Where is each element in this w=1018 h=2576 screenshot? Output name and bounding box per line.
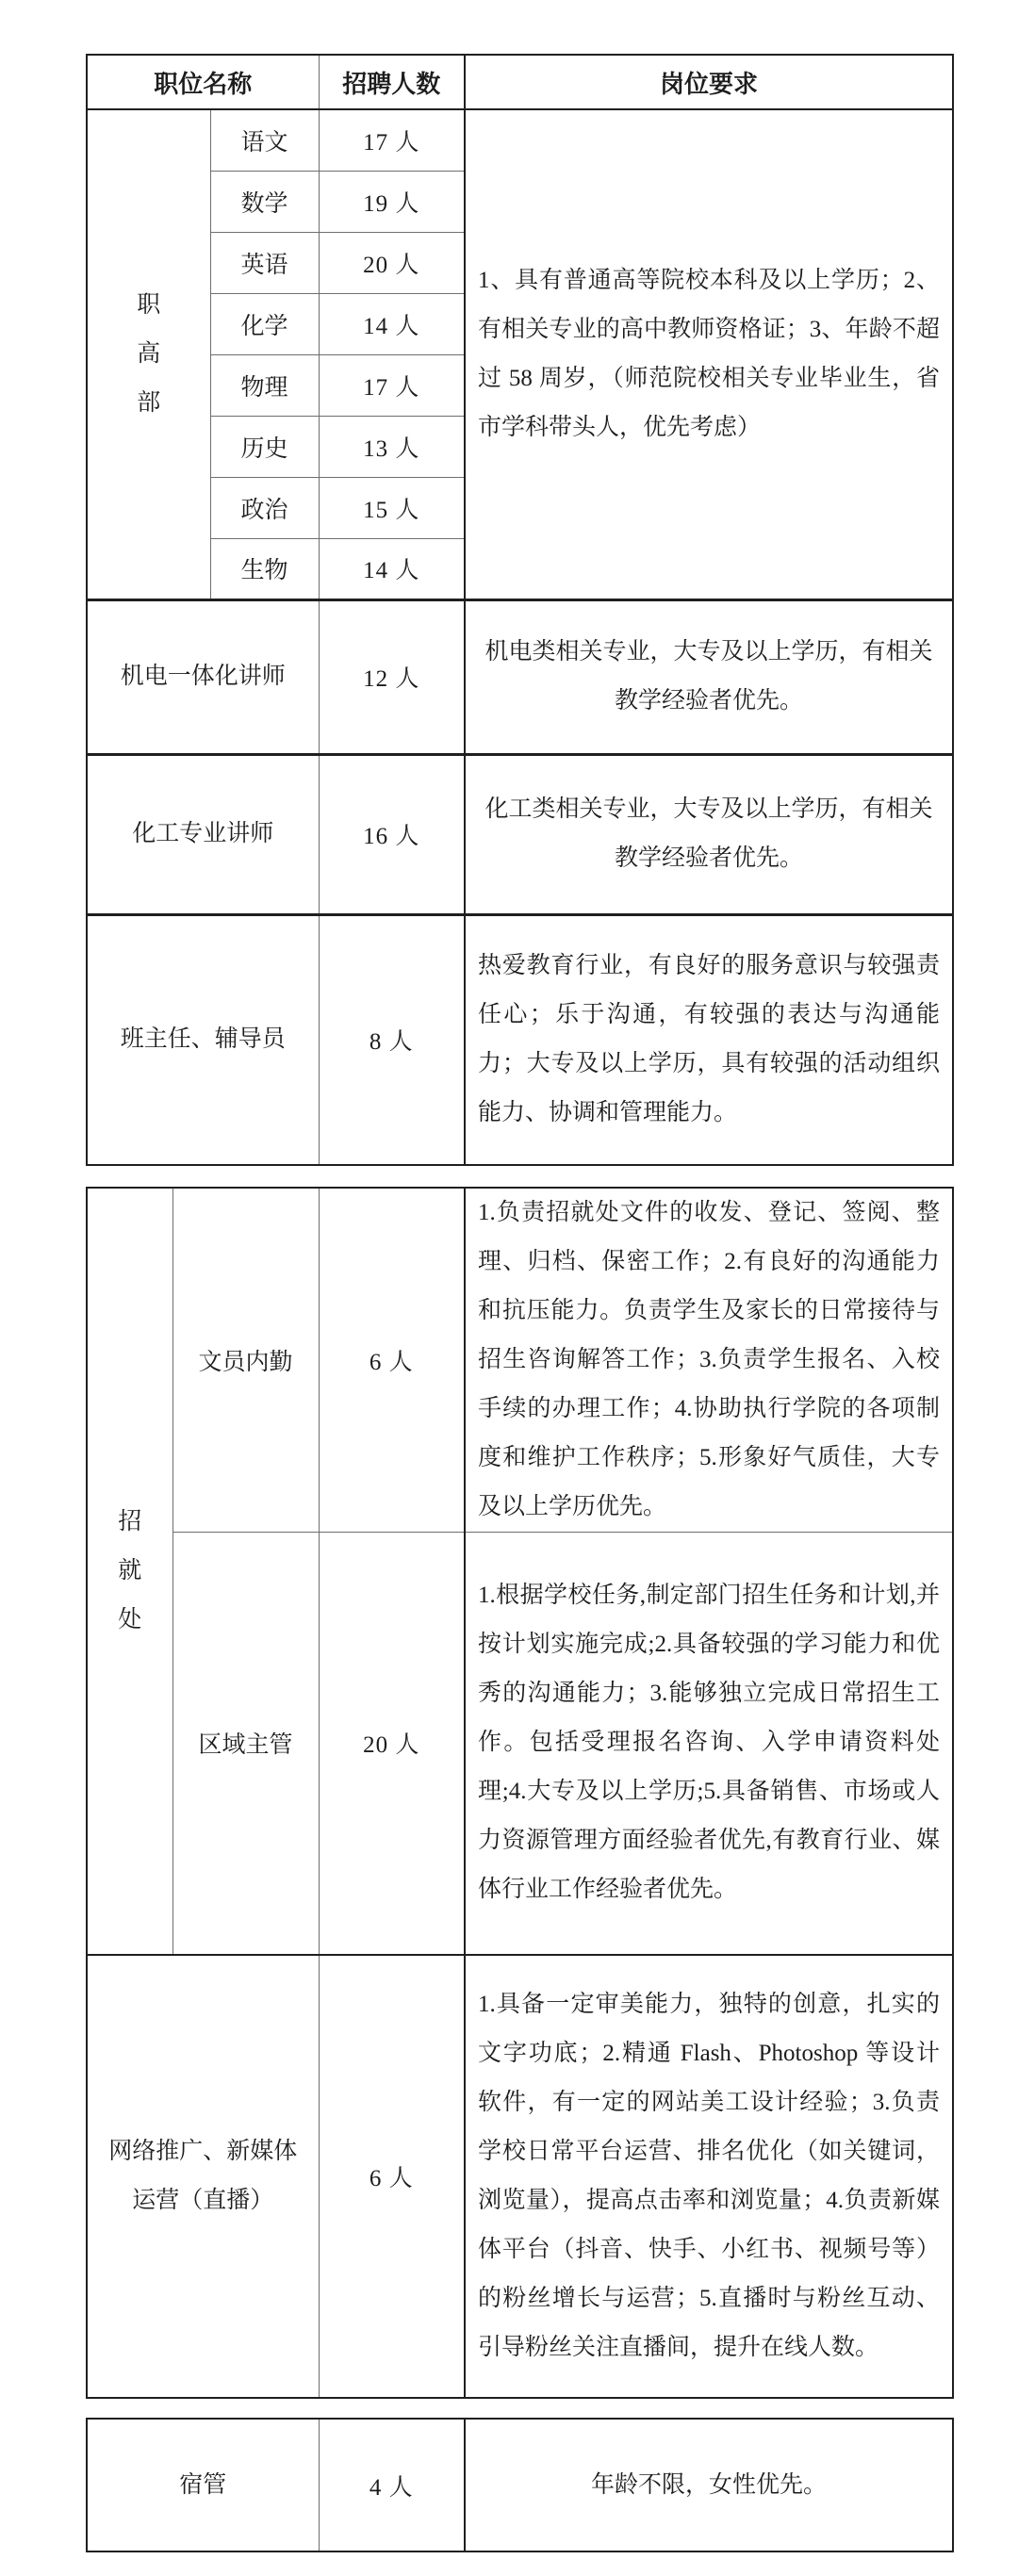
recruit-count: 17 人 <box>319 109 465 171</box>
row-wenyuan-neiqin: 招 就 处 文员内勤 6 人 1.负责招就处文件的收发、登记、签阅、整理、归档、… <box>87 1188 953 1533</box>
recruit-count: 8 人 <box>319 914 465 1165</box>
row-wangluo-tuiguang: 网络推广、新媒体运营（直播） 6 人 1.具备一定审美能力，独特的创意，扎实的文… <box>87 1955 953 2398</box>
subject-name: 语文 <box>210 109 319 171</box>
position-name: 班主任、辅导员 <box>87 914 319 1165</box>
recruit-count: 6 人 <box>319 1188 465 1533</box>
row-banzhuren-counselor: 班主任、辅导员 8 人 热爱教育行业，有良好的服务意识与较强责任心；乐于沟通，有… <box>87 914 953 1165</box>
requirements-cell: 机电类相关专业，大专及以上学历，有相关教学经验者优先。 <box>465 599 953 754</box>
requirements-cell: 热爱教育行业，有良好的服务意识与较强责任心；乐于沟通，有较强的表达与沟通能力；大… <box>465 914 953 1165</box>
header-job-requirements: 岗位要求 <box>465 55 953 109</box>
requirements-cell: 1.具备一定审美能力，独特的创意，扎实的文字功底；2.精通 Flash、Phot… <box>465 1955 953 2398</box>
position-name: 文员内勤 <box>172 1188 319 1533</box>
recruit-count: 15 人 <box>319 477 465 538</box>
position-name: 机电一体化讲师 <box>87 599 319 754</box>
recruit-count: 17 人 <box>319 354 465 416</box>
subject-name: 历史 <box>210 416 319 477</box>
requirements-cell: 化工类相关专业，大专及以上学历，有相关教学经验者优先。 <box>465 754 953 914</box>
position-name: 化工专业讲师 <box>87 754 319 914</box>
group-char: 就 <box>88 1547 172 1596</box>
subject-name: 物理 <box>210 354 319 416</box>
row-huagong-lecturer: 化工专业讲师 16 人 化工类相关专业，大专及以上学历，有相关教学经验者优先。 <box>87 754 953 914</box>
position-name: 网络推广、新媒体运营（直播） <box>87 1955 319 2398</box>
recruitment-table-admissions: 招 就 处 文员内勤 6 人 1.负责招就处文件的收发、登记、签阅、整理、归档、… <box>86 1187 954 2399</box>
requirements-cell: 年龄不限，女性优先。 <box>465 2419 953 2551</box>
group-char: 部 <box>88 379 210 428</box>
subject-name: 政治 <box>210 477 319 538</box>
row-jidian-lecturer: 机电一体化讲师 12 人 机电类相关专业，大专及以上学历，有相关教学经验者优先。 <box>87 599 953 754</box>
recruit-count: 20 人 <box>319 232 465 293</box>
requirements-cell: 1.根据学校任务,制定部门招生任务和计划,并按计划实施完成;2.具备较强的学习能… <box>465 1533 953 1955</box>
group-label-zhaojiuchu: 招 就 处 <box>87 1188 172 1955</box>
recruitment-document-page: 职位名称 招聘人数 岗位要求 职 高 部 语文 17 人 1、具有普通高等院校本… <box>0 0 1018 2576</box>
position-name: 区域主管 <box>172 1533 319 1955</box>
subject-name: 数学 <box>210 171 319 232</box>
recruit-count: 4 人 <box>319 2419 465 2551</box>
recruitment-table-dorm: 宿管 4 人 年龄不限，女性优先。 <box>86 2418 954 2552</box>
group-char: 处 <box>88 1596 172 1645</box>
position-name: 宿管 <box>87 2419 319 2551</box>
recruit-count: 14 人 <box>319 293 465 354</box>
recruit-count: 12 人 <box>319 599 465 754</box>
header-position-name: 职位名称 <box>87 55 319 109</box>
requirements-cell: 1.负责招就处文件的收发、登记、签阅、整理、归档、保密工作；2.有良好的沟通能力… <box>465 1188 953 1533</box>
subject-row-yuwen: 职 高 部 语文 17 人 1、具有普通高等院校本科及以上学历；2、有相关专业的… <box>87 109 953 171</box>
row-quyu-zhuguan: 区域主管 20 人 1.根据学校任务,制定部门招生任务和计划,并按计划实施完成;… <box>87 1533 953 1955</box>
header-recruit-count: 招聘人数 <box>319 55 465 109</box>
group-char: 职 <box>88 281 210 330</box>
group-label-zhigaobu: 职 高 部 <box>87 109 210 599</box>
recruit-count: 13 人 <box>319 416 465 477</box>
recruitment-table-teachers: 职位名称 招聘人数 岗位要求 职 高 部 语文 17 人 1、具有普通高等院校本… <box>86 54 954 1166</box>
row-suguan: 宿管 4 人 年龄不限，女性优先。 <box>87 2419 953 2551</box>
group-char: 招 <box>88 1498 172 1547</box>
table-header-row: 职位名称 招聘人数 岗位要求 <box>87 55 953 109</box>
teacher-requirements-cell: 1、具有普通高等院校本科及以上学历；2、有相关专业的高中教师资格证；3、年龄不超… <box>465 109 953 599</box>
subject-name: 生物 <box>210 538 319 599</box>
recruit-count: 16 人 <box>319 754 465 914</box>
recruit-count: 20 人 <box>319 1533 465 1955</box>
recruit-count: 19 人 <box>319 171 465 232</box>
recruit-count: 6 人 <box>319 1955 465 2398</box>
recruit-count: 14 人 <box>319 538 465 599</box>
subject-name: 英语 <box>210 232 319 293</box>
subject-name: 化学 <box>210 293 319 354</box>
group-char: 高 <box>88 330 210 379</box>
